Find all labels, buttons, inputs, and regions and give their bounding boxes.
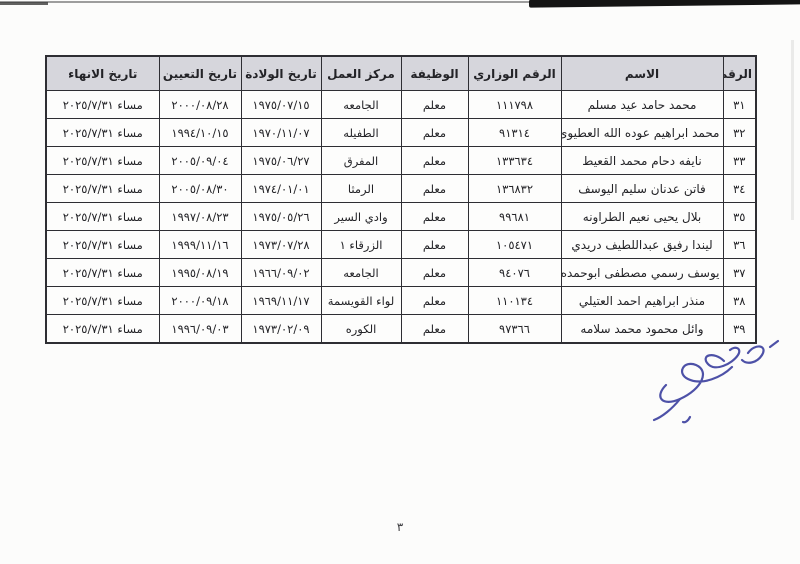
end-date: مساء ٢٠٢٥/٧/٣١ — [46, 287, 159, 315]
end-date: مساء ٢٠٢٥/٧/٣١ — [46, 119, 159, 147]
header-work-center: مركز العمل — [321, 56, 401, 91]
appointment-date: ١٩٩٧/٠٨/٢٣ — [159, 203, 241, 231]
job-title: معلم — [401, 91, 468, 119]
ministry-number: ١١١٧٩٨ — [468, 91, 561, 119]
ministry-number: ١٠٥٤٧١ — [468, 231, 561, 259]
work-center: لواء القويسمة — [321, 287, 401, 315]
appointment-date: ٢٠٠٠/٠٩/١٨ — [159, 287, 241, 315]
row-number: ٣٦ — [723, 231, 756, 259]
end-date: مساء ٢٠٢٥/٧/٣١ — [46, 259, 159, 287]
row-number: ٣٤ — [723, 175, 756, 203]
appointment-date: ٢٠٠٥/٠٩/٠٤ — [159, 147, 241, 175]
end-date: مساء ٢٠٢٥/٧/٣١ — [46, 315, 159, 344]
birth-date: ١٩٧٣/٠٧/٢٨ — [241, 231, 321, 259]
table-row: ٣١محمد حامد عيد مسلم١١١٧٩٨معلمالجامعه١٩٧… — [46, 91, 756, 119]
work-center: الجامعه — [321, 91, 401, 119]
appointment-date: ١٩٩٥/٠٨/١٩ — [159, 259, 241, 287]
ministry-number: ١١٠١٣٤ — [468, 287, 561, 315]
work-center: الطفيله — [321, 119, 401, 147]
appointment-date: ١٩٩٩/١١/١٦ — [159, 231, 241, 259]
ministry-number: ٩٤٠٧٦ — [468, 259, 561, 287]
header-name: الاسم — [561, 56, 723, 91]
birth-date: ١٩٧٠/١١/٠٧ — [241, 119, 321, 147]
job-title: معلم — [401, 259, 468, 287]
birth-date: ١٩٧٣/٠٢/٠٩ — [241, 315, 321, 344]
appointment-date: ٢٠٠٥/٠٨/٣٠ — [159, 175, 241, 203]
work-center: المفرق — [321, 147, 401, 175]
header-birth-date: تاريخ الولادة — [241, 56, 321, 91]
row-number: ٣٢ — [723, 119, 756, 147]
table-row: ٣٢محمد ابراهيم عوده الله العطيوى٩١٣١٤معل… — [46, 119, 756, 147]
birth-date: ١٩٧٥/٠٧/١٥ — [241, 91, 321, 119]
work-center: الزرقاء ١ — [321, 231, 401, 259]
table-row: ٣٦ليندا رفيق عبداللطيف دريدي١٠٥٤٧١معلمال… — [46, 231, 756, 259]
job-title: معلم — [401, 315, 468, 344]
row-number: ٣٨ — [723, 287, 756, 315]
end-date: مساء ٢٠٢٥/٧/٣١ — [46, 147, 159, 175]
employee-name: بلال يحيى نعيم الطراونه — [561, 203, 723, 231]
table-row: ٣٣نايفه دحام محمد القعيط١٣٣٦٣٤معلمالمفرق… — [46, 147, 756, 175]
employee-name: يوسف رسمي مصطفى ابوحمده — [561, 259, 723, 287]
birth-date: ١٩٧٤/٠١/٠١ — [241, 175, 321, 203]
birth-date: ١٩٧٥/٠٦/٢٧ — [241, 147, 321, 175]
appointment-date: ٢٠٠٠/٠٨/٢٨ — [159, 91, 241, 119]
appointment-date: ١٩٩٦/٠٩/٠٣ — [159, 315, 241, 344]
page-number: ٣ — [0, 520, 800, 534]
header-ministry-number: الرقم الوزاري — [468, 56, 561, 91]
employee-name: محمد حامد عيد مسلم — [561, 91, 723, 119]
job-title: معلم — [401, 287, 468, 315]
birth-date: ١٩٦٦/٠٩/٠٢ — [241, 259, 321, 287]
header-number: الرقم — [723, 56, 756, 91]
scan-artifact-right-shade — [791, 40, 794, 220]
job-title: معلم — [401, 203, 468, 231]
end-date: مساء ٢٠٢٥/٧/٣١ — [46, 203, 159, 231]
table-row: ٣٥بلال يحيى نعيم الطراونه٩٩٦٨١معلموادي ا… — [46, 203, 756, 231]
ministry-number: ١٣٦٨٣٢ — [468, 175, 561, 203]
ministry-number: ٩٩٦٨١ — [468, 203, 561, 231]
scan-artifact-top-right-wedge — [529, 0, 800, 8]
scanned-document-page: الرقم الاسم الرقم الوزاري الوظيفة مركز ا… — [0, 0, 800, 564]
end-date: مساء ٢٠٢٥/٧/٣١ — [46, 91, 159, 119]
ministry-number: ٩١٣١٤ — [468, 119, 561, 147]
work-center: الكوره — [321, 315, 401, 344]
ministry-number: ١٣٣٦٣٤ — [468, 147, 561, 175]
job-title: معلم — [401, 147, 468, 175]
table-row: ٣٧يوسف رسمي مصطفى ابوحمده٩٤٠٧٦معلمالجامع… — [46, 259, 756, 287]
birth-date: ١٩٧٥/٠٥/٢٦ — [241, 203, 321, 231]
employee-name: منذر ابراهيم احمد العتيلي — [561, 287, 723, 315]
work-center: الجامعه — [321, 259, 401, 287]
ministry-number: ٩٧٣٦٦ — [468, 315, 561, 344]
scan-artifact-top-left-mark — [0, 2, 48, 5]
employee-roster-table: الرقم الاسم الرقم الوزاري الوظيفة مركز ا… — [45, 55, 757, 344]
birth-date: ١٩٦٩/١١/١٧ — [241, 287, 321, 315]
job-title: معلم — [401, 231, 468, 259]
row-number: ٣٣ — [723, 147, 756, 175]
row-number: ٣٥ — [723, 203, 756, 231]
employee-name: فاتن عدنان سليم اليوسف — [561, 175, 723, 203]
table-header-row: الرقم الاسم الرقم الوزاري الوظيفة مركز ا… — [46, 56, 756, 91]
end-date: مساء ٢٠٢٥/٧/٣١ — [46, 231, 159, 259]
work-center: الرمثا — [321, 175, 401, 203]
header-job-title: الوظيفة — [401, 56, 468, 91]
employee-name: محمد ابراهيم عوده الله العطيوى — [561, 119, 723, 147]
job-title: معلم — [401, 119, 468, 147]
appointment-date: ١٩٩٤/١٠/١٥ — [159, 119, 241, 147]
table-row: ٣٤فاتن عدنان سليم اليوسف١٣٦٨٣٢معلمالرمثا… — [46, 175, 756, 203]
end-date: مساء ٢٠٢٥/٧/٣١ — [46, 175, 159, 203]
handwritten-signature — [628, 333, 788, 425]
table-row: ٣٨منذر ابراهيم احمد العتيلي١١٠١٣٤معلملوا… — [46, 287, 756, 315]
employee-name: ليندا رفيق عبداللطيف دريدي — [561, 231, 723, 259]
work-center: وادي السير — [321, 203, 401, 231]
job-title: معلم — [401, 175, 468, 203]
table-body: ٣١محمد حامد عيد مسلم١١١٧٩٨معلمالجامعه١٩٧… — [46, 91, 756, 344]
header-end-date: تاريخ الانهاء — [46, 56, 159, 91]
row-number: ٣١ — [723, 91, 756, 119]
header-appointment-date: تاريخ التعيين — [159, 56, 241, 91]
employee-name: نايفه دحام محمد القعيط — [561, 147, 723, 175]
row-number: ٣٧ — [723, 259, 756, 287]
